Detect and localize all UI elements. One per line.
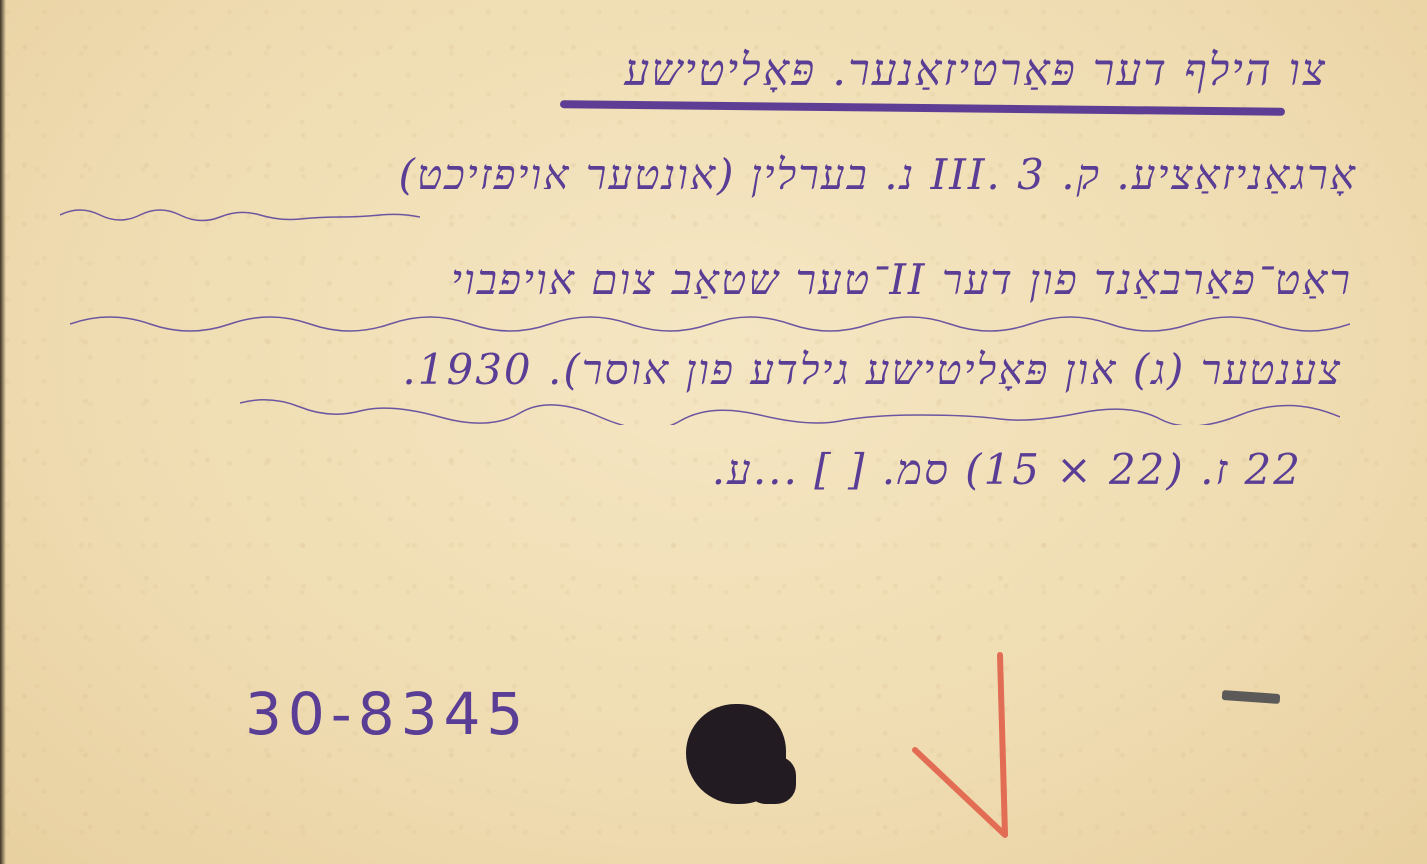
wavy-underline-1 — [60, 205, 420, 227]
collation-line: 22 ז. (22 × 15) סמ. [ ] ...ע. — [712, 445, 1302, 495]
wavy-underline-2 — [70, 310, 1350, 332]
wavy-underline-3 — [240, 395, 1340, 417]
pencil-dash-mark — [1222, 690, 1281, 704]
publisher-line: אָרגאַניזאַציע. ק. III. 3 נ. בערלין (אונ… — [398, 150, 1357, 200]
imprint-line: צענטער (ג) און פּאָליטישע גילדע פון אוסר… — [402, 345, 1342, 395]
title-line: צו הילף דער פּאַרטיזאַנער. פּאָליטישע — [624, 45, 1327, 96]
call-number: 30-8345 — [245, 680, 529, 748]
card-edge-shadow — [0, 0, 6, 864]
title-underline — [560, 100, 1285, 116]
punch-hole — [686, 704, 786, 804]
organization-line: ראַט־פאַרבאַנד פון דער II־טער שטאַב צום … — [451, 255, 1352, 305]
catalog-card: צו הילף דער פּאַרטיזאַנער. פּאָליטישע אָ… — [0, 0, 1427, 864]
red-check-mark-icon — [905, 650, 1025, 855]
